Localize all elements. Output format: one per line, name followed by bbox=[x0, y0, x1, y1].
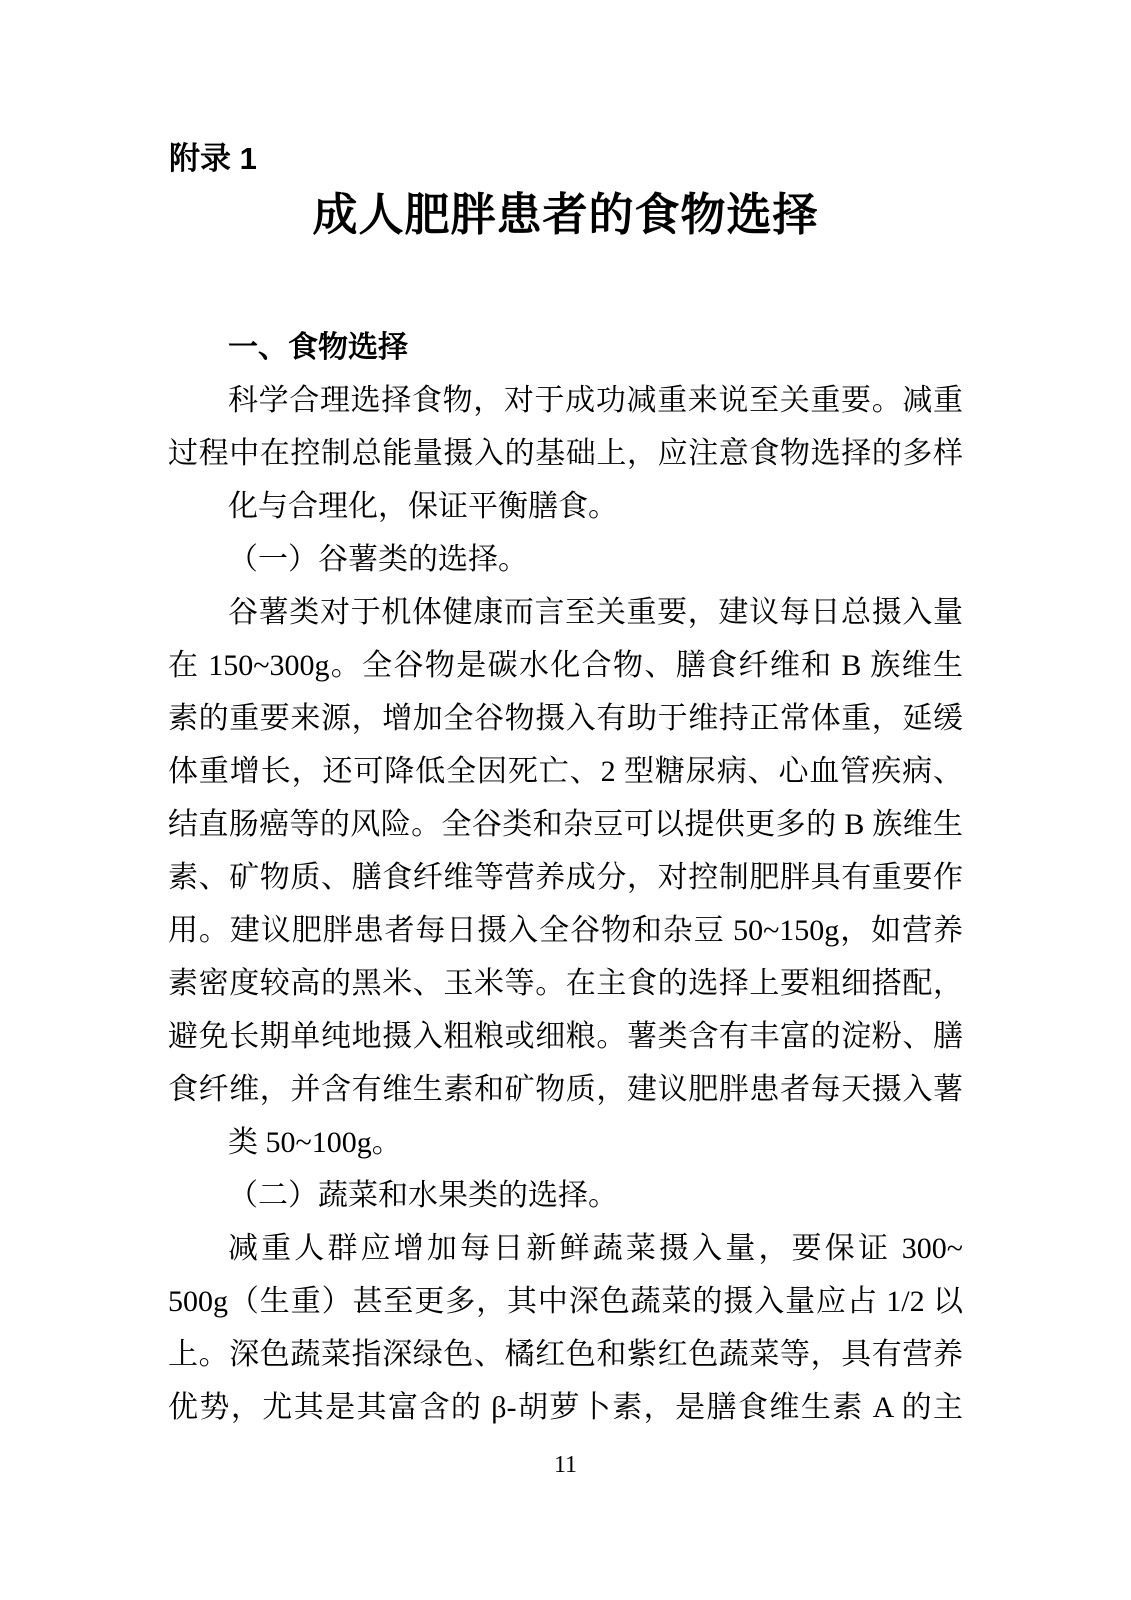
body-line: 在 150~300g。全谷物是碳水化合物、膳食纤维和 B 族维生 bbox=[168, 639, 963, 692]
page-number: 11 bbox=[0, 1448, 1131, 1482]
body-line: 素的重要来源，增加全谷物摄入有助于维持正常体重，延缓 bbox=[168, 692, 963, 745]
body-line: 科学合理选择食物，对于成功减重来说至关重要。减重 bbox=[168, 374, 963, 427]
body-line: 类 50~100g。 bbox=[168, 1116, 963, 1169]
section-heading: 一、食物选择 bbox=[168, 321, 963, 374]
body-line: 素密度较高的黑米、玉米等。在主食的选择上要粗细搭配， bbox=[168, 957, 963, 1010]
body-line: 素、矿物质、膳食纤维等营养成分，对控制肥胖具有重要作 bbox=[168, 851, 963, 904]
body-line: 用。建议肥胖患者每日摄入全谷物和杂豆 50~150g，如营养 bbox=[168, 904, 963, 957]
body-line: 500g（生重）甚至更多，其中深色蔬菜的摄入量应占 1/2 以 bbox=[168, 1275, 963, 1328]
body-line: 化与合理化，保证平衡膳食。 bbox=[168, 480, 963, 533]
body-line: 上。深色蔬菜指深绿色、橘红色和紫红色蔬菜等，具有营养 bbox=[168, 1328, 963, 1381]
document-page: 附录 1 成人肥胖患者的食物选择 一、食物选择 科学合理选择食物，对于成功减重来… bbox=[0, 0, 1131, 1600]
subsection-heading-vegetables: （二）蔬菜和水果类的选择。 bbox=[168, 1169, 963, 1222]
page-title: 成人肥胖患者的食物选择 bbox=[168, 183, 963, 247]
body-line: 减重人群应增加每日新鲜蔬菜摄入量，要保证 300~ bbox=[168, 1222, 963, 1275]
appendix-label: 附录 1 bbox=[169, 138, 257, 180]
subsection-heading-grains: （一）谷薯类的选择。 bbox=[168, 533, 963, 586]
body-line: 食纤维，并含有维生素和矿物质，建议肥胖患者每天摄入薯 bbox=[168, 1063, 963, 1116]
body-line: 结直肠癌等的风险。全谷类和杂豆可以提供更多的 B 族维生 bbox=[168, 798, 963, 851]
body-line: 优势，尤其是其富含的 β-胡萝卜素，是膳食维生素 A 的主 bbox=[168, 1381, 963, 1434]
body-line: 体重增长，还可降低全因死亡、2 型糖尿病、心血管疾病、 bbox=[168, 745, 963, 798]
body-line: 谷薯类对于机体健康而言至关重要，建议每日总摄入量 bbox=[168, 586, 963, 639]
body-line: 避免长期单纯地摄入粗粮或细粮。薯类含有丰富的淀粉、膳 bbox=[168, 1010, 963, 1063]
body-line: 过程中在控制总能量摄入的基础上，应注意食物选择的多样 bbox=[168, 427, 963, 480]
document-body: 一、食物选择 科学合理选择食物，对于成功减重来说至关重要。减重 过程中在控制总能… bbox=[168, 321, 963, 1434]
